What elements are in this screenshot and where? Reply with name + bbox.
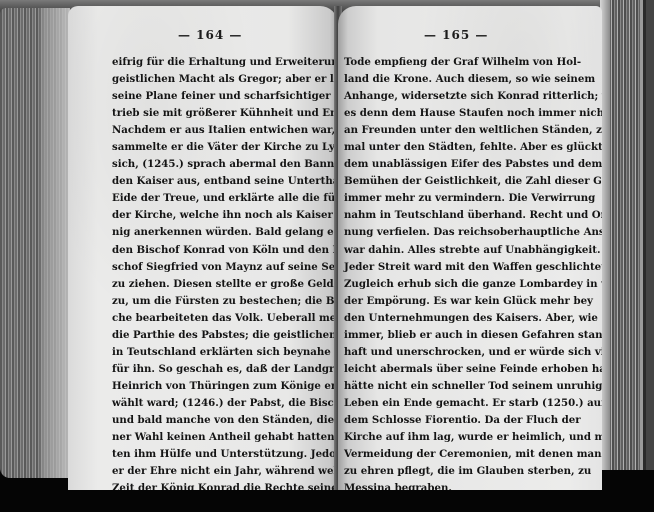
text-line: Nachdem er aus Italien entwichen war, ve… xyxy=(112,122,322,139)
text-line: Eide der Treue, und erklärte alle die fü… xyxy=(112,190,322,207)
text-line: war dahin. Alles strebte auf Unabhängigk… xyxy=(344,242,576,259)
text-line: ner Wahl keinen Antheil gehabt hatten, g… xyxy=(112,429,322,446)
text-line: den Kaiser aus, entband seine Unterthane… xyxy=(112,173,322,190)
page-stack-right xyxy=(600,0,640,470)
text-line: Messina begraben. xyxy=(344,480,576,490)
text-line: Zeit der König Konrad die Rechte seines … xyxy=(112,480,322,490)
text-line: zu ziehen. Diesen stellte er große Gelds… xyxy=(112,276,322,293)
page-number-left: — 164 — xyxy=(178,28,242,42)
text-line: Tode empfieng der Graf Wilhelm von Hol- xyxy=(344,54,576,71)
text-line: wählt ward; (1246.) der Pabst, die Bisch… xyxy=(112,395,322,412)
text-line: Anhange, widersetzte sich Konrad ritterl… xyxy=(344,88,576,105)
text-line: leicht abermals über seine Feinde erhobe… xyxy=(344,361,576,378)
text-line: hätte nicht ein schneller Tod seinem unr… xyxy=(344,378,576,395)
text-line: immer, blieb er auch in diesen Gefahren … xyxy=(344,327,576,344)
text-line: nahm in Teutschland überhand. Recht und … xyxy=(344,207,576,224)
text-line: Jeder Streit ward mit den Waffen geschli… xyxy=(344,259,576,276)
right-page-text: Tode empfieng der Graf Wilhelm von Hol-l… xyxy=(344,54,576,490)
text-line: sich, (1245.) sprach abermal den Bannflu… xyxy=(112,156,322,173)
text-line: und bald manche von den Ständen, die an … xyxy=(112,412,322,429)
text-line: eifrig für die Erhaltung und Erweiterung… xyxy=(112,54,322,71)
text-line: an Freunden unter den weltlichen Ständen… xyxy=(344,122,576,139)
text-line: land die Krone. Auch diesem, so wie sein… xyxy=(344,71,576,88)
left-page: — 164 — eifrig für die Erhaltung und Erw… xyxy=(68,6,338,490)
page-number-right: — 165 — xyxy=(424,28,488,42)
text-line: die Parthie des Pabstes; die geistlichen… xyxy=(112,327,322,344)
text-line: dem unablässigen Eifer des Pabstes und d… xyxy=(344,156,576,173)
page-stack-left xyxy=(0,8,70,478)
text-line: zu, um die Fürsten zu bestechen; die Bet… xyxy=(112,293,322,310)
right-page: — 165 — Tode empfieng der Graf Wilhelm v… xyxy=(338,6,602,490)
text-line: trieb sie mit größerer Kühnheit und Ener… xyxy=(112,105,322,122)
text-line: schof Siegfried von Maynz auf seine Seit… xyxy=(112,259,322,276)
text-line: Zugleich erhub sich die ganze Lombardey … xyxy=(344,276,576,293)
text-line: er der Ehre nicht ein Jahr, während welc… xyxy=(112,463,322,480)
book-cover-right xyxy=(640,0,654,470)
text-line: ten ihm Hülfe und Unterstützung. Jedoch … xyxy=(112,446,322,463)
text-line: dem Schlosse Fiorentio. Da der Fluch der xyxy=(344,412,576,429)
text-line: mal unter den Städten, fehlte. Aber es g… xyxy=(344,139,576,156)
text-line: che bearbeiteten das Volk. Ueberall mehr… xyxy=(112,310,322,327)
text-line: nig anerkennen würden. Bald gelang es ih… xyxy=(112,224,322,241)
text-line: in Teutschland erklärten sich beynahe ei… xyxy=(112,344,322,361)
text-line: geistlichen Macht als Gregor; aber er le… xyxy=(112,71,322,88)
text-line: der Kirche, welche ihn noch als Kaiser o… xyxy=(112,207,322,224)
text-line: haft und unerschrocken, und er würde sic… xyxy=(344,344,576,361)
text-line: Leben ein Ende gemacht. Er starb (1250.)… xyxy=(344,395,576,412)
text-line: den Bischof Konrad von Köln und den Bi- xyxy=(112,242,322,259)
text-line: Vermeidung der Ceremonien, mit denen man… xyxy=(344,446,576,463)
text-line: Bemühen der Geistlichkeit, die Zahl dies… xyxy=(344,173,576,190)
text-line: den Unternehmungen des Kaisers. Aber, wi… xyxy=(344,310,576,327)
left-page-text: eifrig für die Erhaltung und Erweiterung… xyxy=(112,54,322,490)
text-line: Heinrich von Thüringen zum Könige er- xyxy=(112,378,322,395)
text-line: für ihn. So geschah es, daß der Landgraf xyxy=(112,361,322,378)
text-line: zu ehren pflegt, die im Glauben sterben,… xyxy=(344,463,576,480)
text-line: Kirche auf ihm lag, wurde er heimlich, u… xyxy=(344,429,576,446)
text-line: sammelte er die Väter der Kirche zu Lyon… xyxy=(112,139,322,156)
text-line: es denn dem Hause Staufen noch immer nic… xyxy=(344,105,576,122)
text-line: seine Plane feiner und scharfsichtiger a… xyxy=(112,88,322,105)
text-line: nung verfielen. Das reichsoberhauptliche… xyxy=(344,224,576,241)
text-line: der Empörung. Es war kein Glück mehr bey xyxy=(344,293,576,310)
text-line: immer mehr zu vermindern. Die Verwirrung xyxy=(344,190,576,207)
